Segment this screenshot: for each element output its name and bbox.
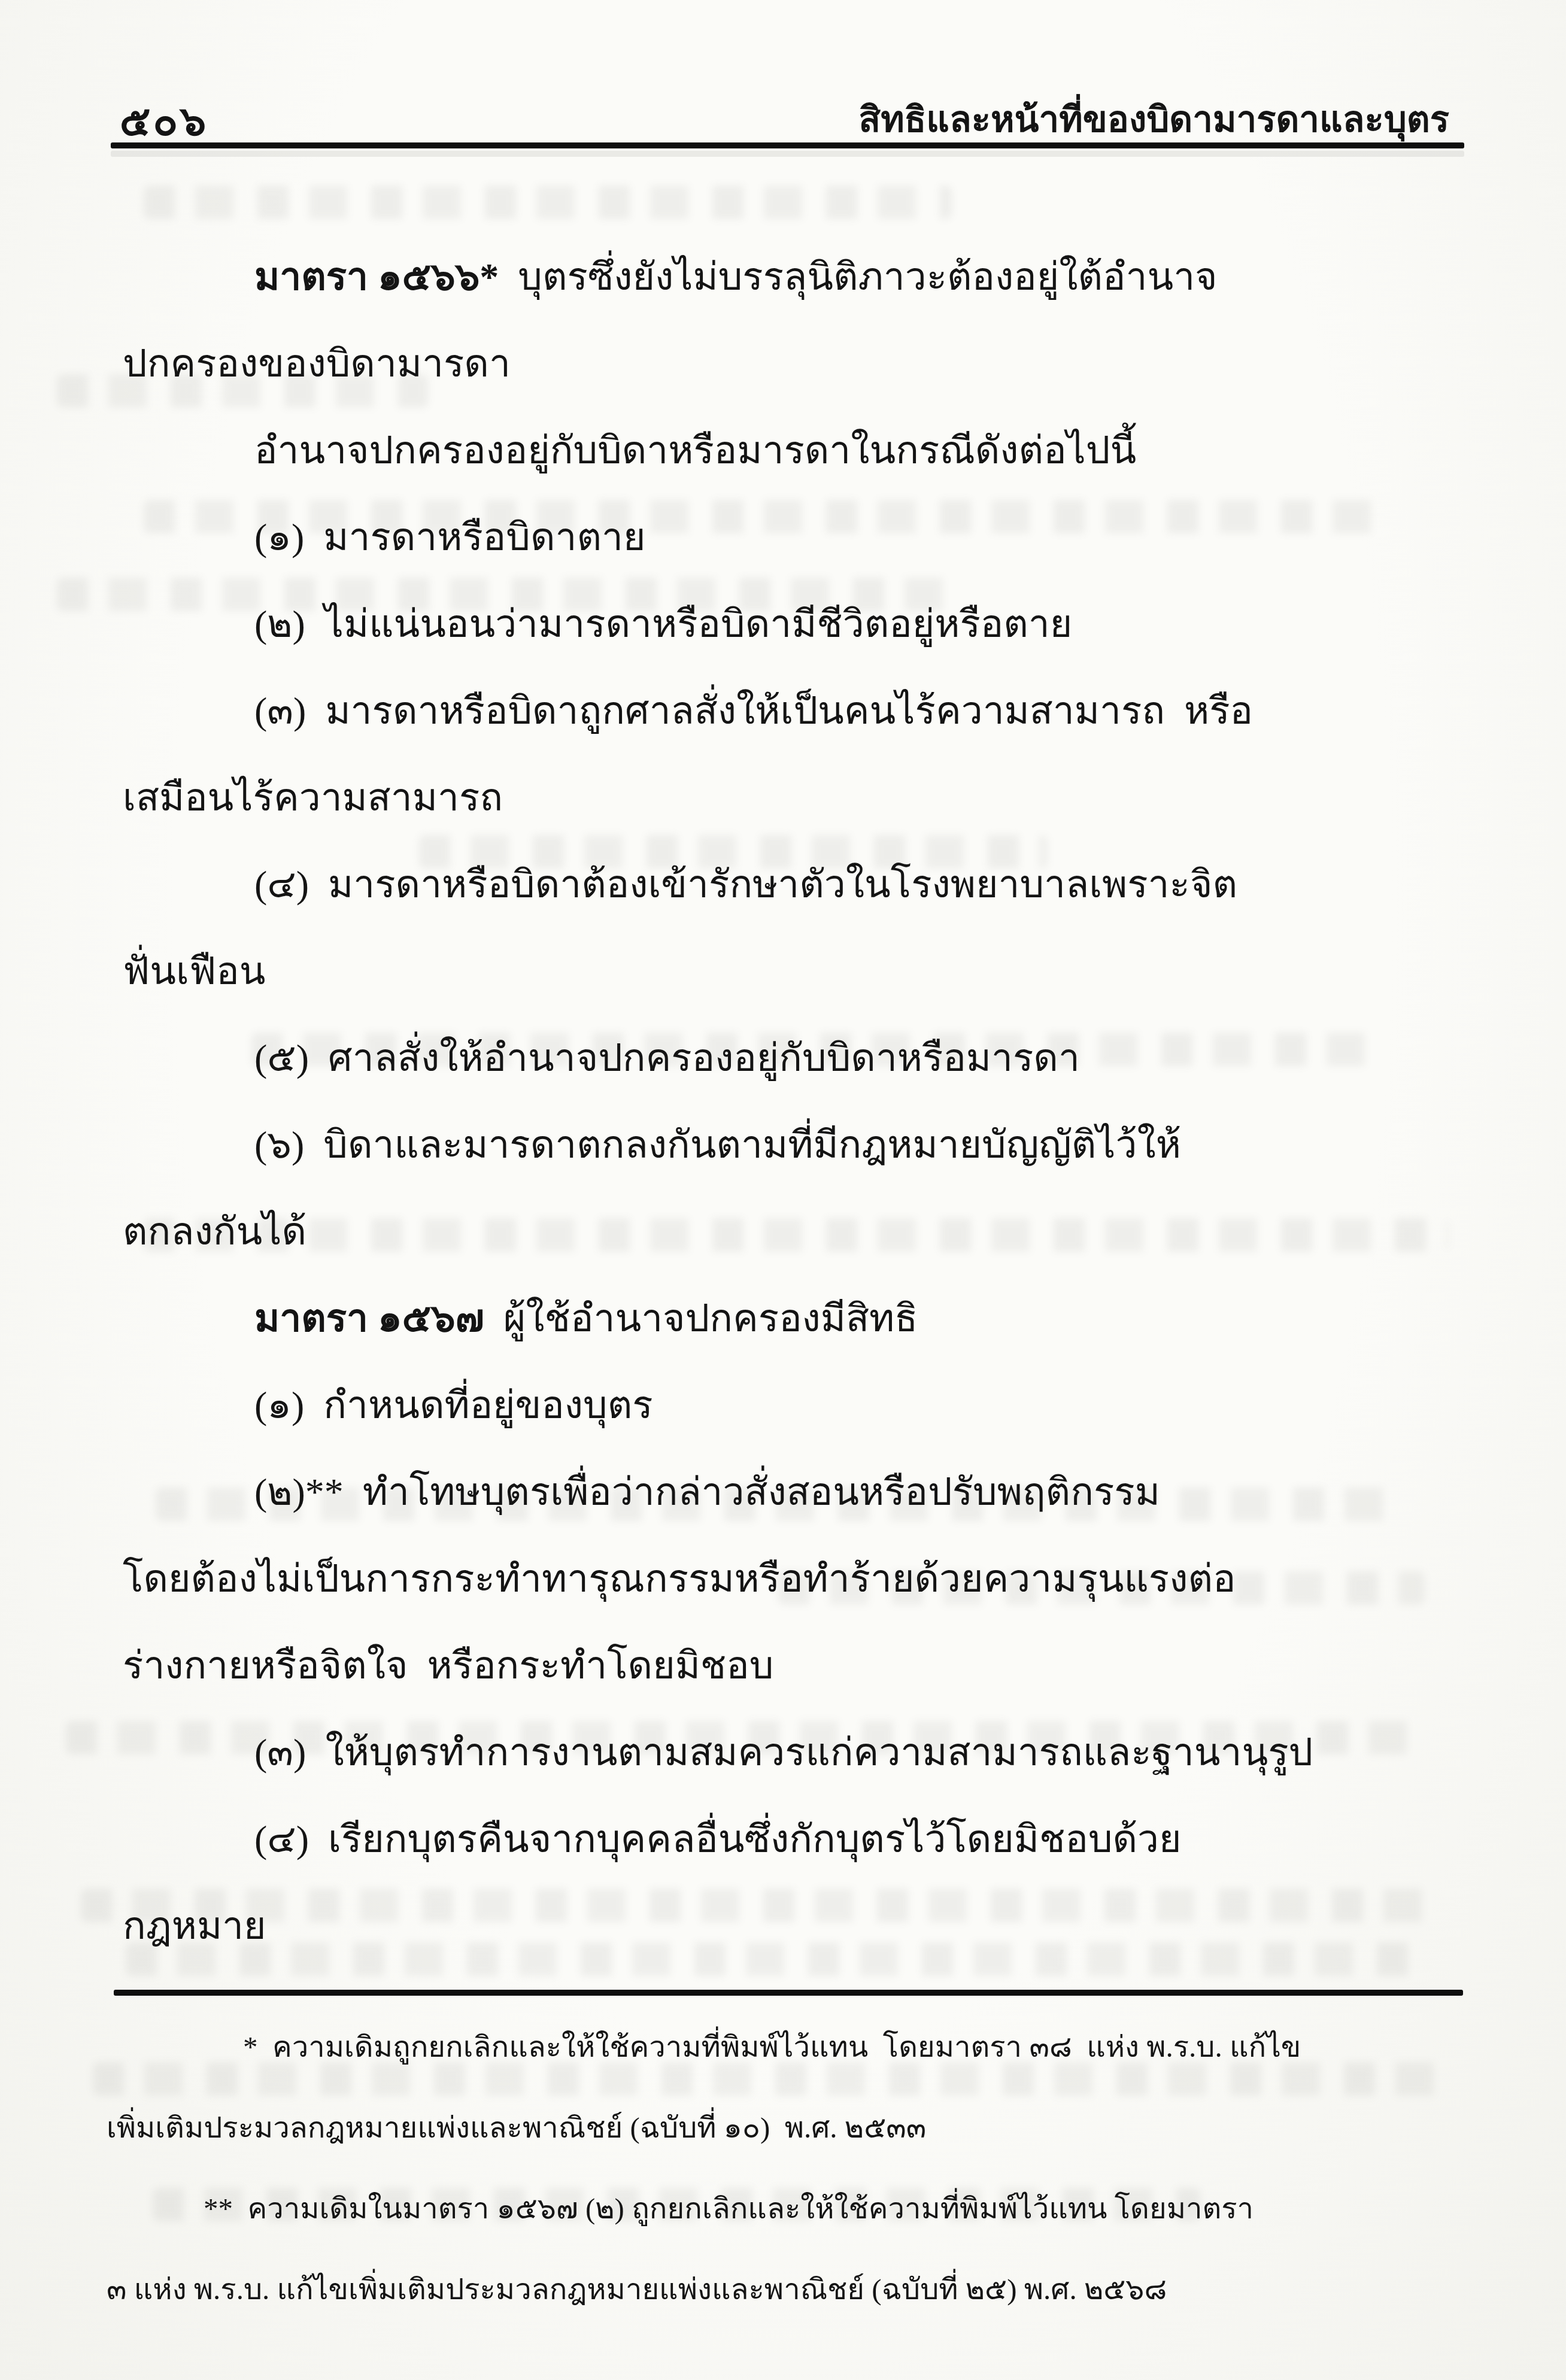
clause-1567-3: (๓) ให้บุตรทำการงานตามสมควรแก่ความสามารถ… — [123, 1709, 1458, 1796]
footnote-rule — [114, 1990, 1463, 1996]
clause-1566-2: (๒) ไม่แน่นอนว่ามารดาหรือบิดามีชีวิตอยู่… — [123, 581, 1458, 667]
clause-1566-3: (๓) มารดาหรือบิดาถูกศาลสั่งให้เป็นคนไร้ค… — [123, 667, 1458, 754]
clause-1566-3-cont: เสมือนไร้ความสามารถ — [123, 754, 1458, 841]
header-rule — [111, 142, 1464, 148]
bleedthrough-artifact — [144, 186, 952, 219]
clause-1566-5: (๕) ศาลสั่งให้อำนาจปกครองอยู่กับบิดาหรือ… — [123, 1015, 1458, 1101]
clause-1567-4-cont: กฎหมาย — [123, 1883, 1458, 1969]
clause-1567-1: (๑) กำหนดที่อยู่ของบุตร — [123, 1362, 1458, 1449]
clause-1567-2-cont-1: โดยต้องไม่เป็นการกระทำทารุณกรรมหรือทำร้า… — [123, 1535, 1458, 1622]
running-header-title: สิทธิและหน้าที่ของบิดามารดาและบุตร — [859, 91, 1449, 148]
clause-1566-4: (๔) มารดาหรือบิดาต้องเข้ารักษาตัวในโรงพย… — [123, 841, 1458, 928]
statute-1566-heading-cont: ปกครองของบิดามารดา — [123, 320, 1458, 407]
footnote-2-line-2: ๓ แห่ง พ.ร.บ. แก้ไขเพิ่มเติมประมวลกฎหมาย… — [107, 2249, 1467, 2330]
clause-1566-4-cont: ฟั่นเฟือน — [123, 928, 1458, 1015]
clause-1566-6-cont: ตกลงกันได้ — [123, 1188, 1458, 1275]
scanned-book-page: ๕๐๖ สิทธิและหน้าที่ของบิดามารดาและบุตร ม… — [0, 0, 1566, 2380]
clause-1566-6: (๖) บิดาและมารดาตกลงกันตามที่มีกฎหมายบัญ… — [123, 1101, 1458, 1188]
statute-1566-heading-line: มาตรา ๑๕๖๖* บุตรซึ่งยังไม่บรรลุนิติภาวะต… — [123, 233, 1458, 320]
clause-1567-2: (๒)** ทำโทษบุตรเพื่อว่ากล่าวสั่งสอนหรือป… — [123, 1449, 1458, 1535]
clause-1566-1: (๑) มารดาหรือบิดาตาย — [123, 494, 1458, 581]
clause-1567-2-cont-2: ร่างกายหรือจิตใจ หรือกระทำโดยมิชอบ — [123, 1622, 1458, 1709]
footnotes-block: * ความเดิมถูกยกเลิกและให้ใช้ความที่พิมพ์… — [107, 2006, 1467, 2330]
clause-1567-4: (๔) เรียกบุตรคืนจากบุคคลอื่นซึ่งกักบุตรไ… — [123, 1796, 1458, 1883]
footnote-2-line-1: ** ความเดิมในมาตรา ๑๕๖๗ (๒) ถูกยกเลิกและ… — [107, 2168, 1467, 2249]
section-number-1566: มาตรา ๑๕๖๖* — [254, 256, 499, 298]
footnote-1-line-1: * ความเดิมถูกยกเลิกและให้ใช้ความที่พิมพ์… — [107, 2006, 1467, 2087]
statute-1566-intro: อำนาจปกครองอยู่กับบิดาหรือมารดาในกรณีดัง… — [123, 407, 1458, 494]
section-number-1567: มาตรา ๑๕๖๗ — [254, 1297, 484, 1340]
statute-text-block: มาตรา ๑๕๖๖* บุตรซึ่งยังไม่บรรลุนิติภาวะต… — [123, 233, 1458, 1969]
statute-1567-heading-line: มาตรา ๑๕๖๗ ผู้ใช้อำนาจปกครองมีสิทธิ — [123, 1275, 1458, 1362]
footnote-1-line-2: เพิ่มเติมประมวลกฎหมายแพ่งและพาณิชย์ (ฉบั… — [107, 2087, 1467, 2168]
